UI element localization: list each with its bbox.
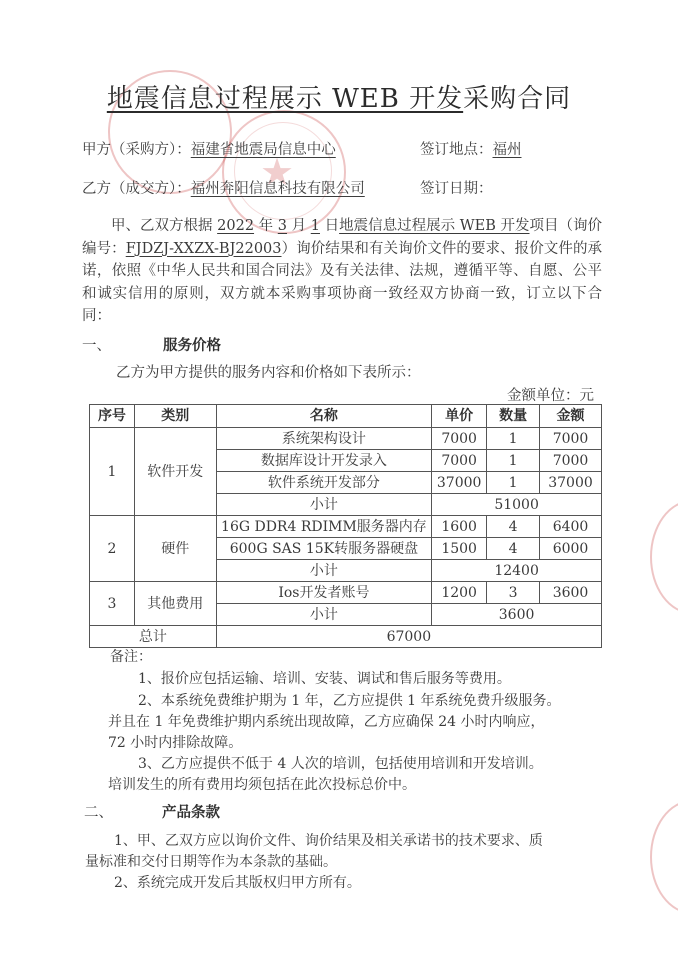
note-2-cont2: 72 小时内排除故障。 — [108, 732, 242, 752]
cell-qty: 4 — [487, 516, 540, 538]
cell-name: 系统架构设计 — [216, 428, 432, 450]
intro-text: 日 — [320, 218, 339, 234]
inquiry-number: FJDZJ-XXZX-BJ22003 — [126, 241, 282, 257]
sign-date-label: 签订日期： — [420, 177, 493, 198]
cell-amount: 6000 — [540, 538, 602, 560]
party-b-label: 乙方（成交方）： — [82, 181, 191, 197]
cell-qty: 1 — [487, 428, 540, 450]
cell-qty: 1 — [487, 472, 540, 494]
total-value: 67000 — [216, 626, 601, 648]
cell-no: 3 — [90, 582, 135, 626]
header-qty: 数量 — [487, 405, 540, 428]
table-row: 2 硬件 16G DDR4 RDIMM服务器内存 1600 4 6400 — [90, 516, 602, 538]
section-2-item-2: 2、系统完成开发后其版权归甲方所有。 — [114, 872, 361, 892]
cell-name: 16G DDR4 RDIMM服务器内存 — [216, 516, 432, 538]
intro-month: 3 — [278, 218, 287, 234]
section-2-item-1: 1、甲、乙双方应以询价文件、询价结果及相关承诺书的技术要求、质 — [114, 830, 543, 850]
note-3: 3、乙方应提供不低于 4 人次的培训，包括使用培训和开发培训。 — [138, 753, 543, 773]
subtotal-label: 小计 — [216, 494, 432, 516]
cell-qty: 1 — [487, 450, 540, 472]
cell-price: 1500 — [432, 538, 487, 560]
intro-text: 年 — [254, 218, 278, 234]
table-row: 3 其他费用 Ios开发者账号 1200 3 3600 — [90, 582, 602, 604]
subtotal-value: 51000 — [432, 494, 602, 516]
cell-amount: 37000 — [540, 472, 602, 494]
cell-no: 1 — [90, 428, 135, 516]
amount-unit: 金额单位：元 — [507, 384, 594, 405]
cell-amount: 7000 — [540, 450, 602, 472]
subtotal-label: 小计 — [216, 604, 432, 626]
header-no: 序号 — [90, 405, 135, 428]
sign-place-label: 签订地点： — [420, 142, 493, 158]
cell-amount: 3600 — [540, 582, 602, 604]
intro-project: 地震信息过程展示 WEB 开发 — [339, 218, 529, 234]
section-2-title: 产品条款 — [162, 801, 220, 822]
cell-name: 软件系统开发部分 — [216, 472, 432, 494]
intro-day: 1 — [311, 218, 320, 234]
intro-text: 甲、乙双方根据 — [111, 218, 217, 234]
cell-price: 1200 — [432, 582, 487, 604]
section-2-number: 二、 — [84, 801, 113, 822]
cell-price: 7000 — [432, 428, 487, 450]
document-title: 地震信息过程展示 WEB 开发采购合同 — [0, 78, 678, 115]
intro-text: 月 — [287, 218, 311, 234]
cell-price: 1600 — [432, 516, 487, 538]
section-1-text: 乙方为甲方提供的服务内容和价格如下表所示： — [116, 361, 421, 382]
cell-no: 2 — [90, 516, 135, 582]
party-b-row: 乙方（成交方）：福州奔阳信息科技有限公司 — [82, 177, 365, 198]
header-name: 名称 — [216, 405, 432, 428]
cell-qty: 4 — [487, 538, 540, 560]
header-amount: 金额 — [540, 405, 602, 428]
cell-price: 37000 — [432, 472, 487, 494]
party-a-value: 福建省地震局信息中心 — [191, 142, 336, 158]
note-2-cont: 并且在 1 年免费维护期内系统出现故障，乙方应确保 24 小时内响应， — [108, 711, 545, 731]
total-label: 总计 — [90, 626, 217, 648]
price-table: 序号 类别 名称 单价 数量 金额 1 软件开发 系统架构设计 7000 1 7… — [89, 404, 602, 648]
cell-category: 软件开发 — [134, 428, 216, 516]
subtotal-label: 小计 — [216, 560, 432, 582]
cell-name: 600G SAS 15K转服务器硬盘 — [216, 538, 432, 560]
section-1-number: 一、 — [82, 334, 111, 355]
notes-label: 备注： — [110, 646, 152, 666]
side-seal-bottom — [650, 800, 678, 914]
side-seal-top — [650, 500, 678, 614]
intro-year: 2022 — [217, 218, 254, 234]
section-1-title: 服务价格 — [163, 334, 221, 355]
sign-place-row: 签订地点：福州 — [420, 138, 522, 159]
title-underlined: 地震信息过程展示 WEB 开发 — [107, 84, 463, 114]
table-row: 1 软件开发 系统架构设计 7000 1 7000 — [90, 428, 602, 450]
header-category: 类别 — [134, 405, 216, 428]
cell-category: 其他费用 — [134, 582, 216, 626]
cell-amount: 6400 — [540, 516, 602, 538]
total-row: 总计 67000 — [90, 626, 602, 648]
note-1: 1、报价应包括运输、培训、安装、调试和售后服务等费用。 — [138, 668, 511, 688]
note-3-cont: 培训发生的所有费用均须包括在此次投标总价中。 — [108, 774, 416, 794]
party-a-row: 甲方（采购方）：福建省地震局信息中心 — [82, 138, 336, 159]
cell-amount: 7000 — [540, 428, 602, 450]
party-a-label: 甲方（采购方）： — [82, 142, 191, 158]
note-2: 2、本系统免费维护期为 1 年，乙方应提供 1 年系统免费升级服务。 — [138, 690, 561, 710]
cell-qty: 3 — [487, 582, 540, 604]
cell-name: Ios开发者账号 — [216, 582, 432, 604]
subtotal-value: 3600 — [432, 604, 602, 626]
title-rest: 采购合同 — [463, 84, 571, 114]
section-2-item-1-cont: 量标准和交付日期等作为本条款的基础。 — [85, 851, 337, 871]
subtotal-value: 12400 — [432, 560, 602, 582]
cell-category: 硬件 — [134, 516, 216, 582]
header-price: 单价 — [432, 405, 487, 428]
party-b-value: 福州奔阳信息科技有限公司 — [191, 181, 365, 197]
sign-place-value: 福州 — [493, 142, 522, 158]
cell-price: 7000 — [432, 450, 487, 472]
cell-name: 数据库设计开发录入 — [216, 450, 432, 472]
table-header-row: 序号 类别 名称 单价 数量 金额 — [90, 405, 602, 428]
intro-paragraph: 甲、乙双方根据 2022 年 3 月 1 日地震信息过程展示 WEB 开发项目（… — [82, 215, 602, 328]
